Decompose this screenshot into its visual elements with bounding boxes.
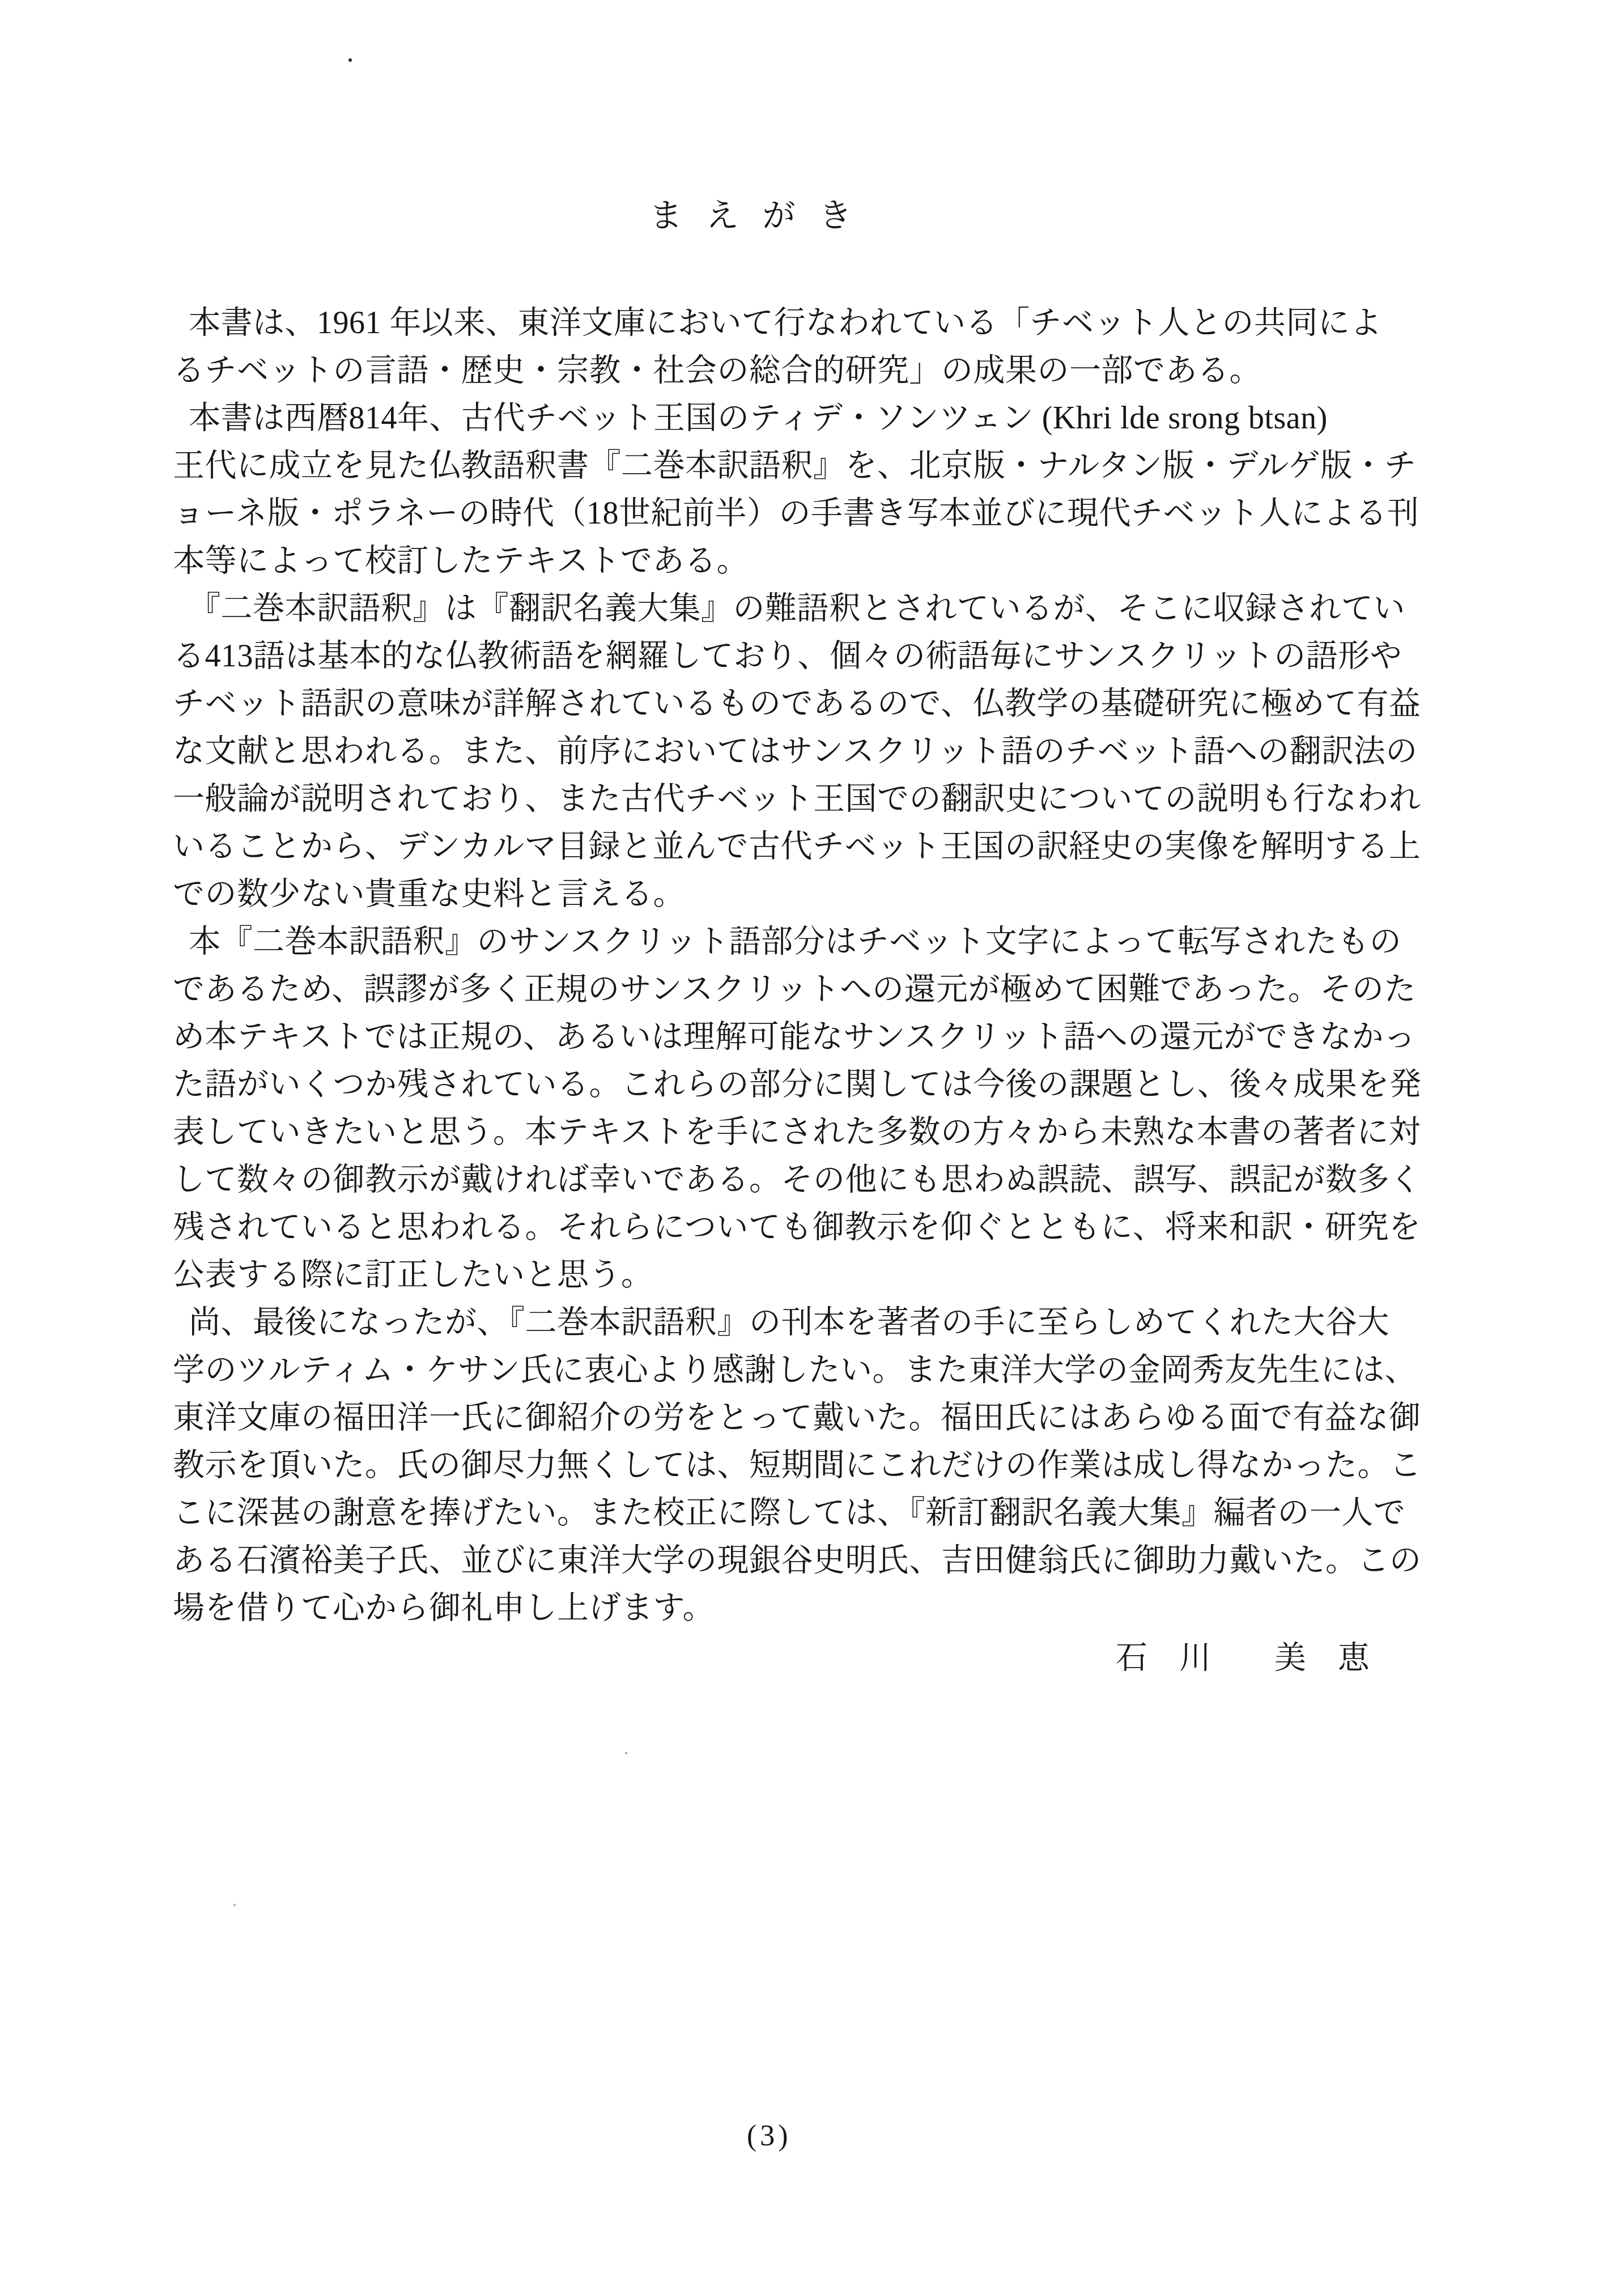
- text-line: 残されていると思われる。それらについても御教示を仰ぐとともに、将来和訳・研究を: [173, 1204, 1453, 1251]
- text-line: 学のツルティム・ケサン氏に衷心より感謝したい。また東洋大学の金岡秀友先生には、: [173, 1346, 1453, 1394]
- page-number: (3): [747, 2119, 792, 2153]
- text-line: 王代に成立を見た仏教語釈書『二巻本訳語釈』を、北京版・ナルタン版・デルゲ版・チ: [173, 442, 1453, 490]
- text-line: 東洋文庫の福田洋一氏に御紹介の労をとって戴いた。福田氏にはあらゆる面で有益な御: [173, 1394, 1453, 1442]
- scanned-preface-page: まえがき 本書は、1961 年以来、東洋文庫において行なわれている「チベット人と…: [0, 0, 1624, 2296]
- text-line: る413語は基本的な仏教術語を網羅しており、個々の術語毎にサンスクリットの語形や: [173, 632, 1453, 680]
- page-title: まえがき: [649, 199, 875, 232]
- text-line: 一般論が説明されており、また古代チベット王国での翻訳史についての説明も行なわれ: [173, 775, 1453, 823]
- text-line: 本書は西暦814年、古代チベット王国のティデ・ソンツェン (Khri lde s…: [173, 394, 1453, 442]
- text-line: た語がいくつか残されている。これらの部分に関しては今後の課題とし、後々成果を発: [173, 1061, 1453, 1108]
- preface-body: 本書は、1961 年以来、東洋文庫において行なわれている「チベット人との共同によ…: [173, 299, 1453, 1632]
- paragraph: 本書は西暦814年、古代チベット王国のティデ・ソンツェン (Khri lde s…: [173, 394, 1453, 585]
- text-line: ある石濱裕美子氏、並びに東洋大学の現銀谷史明氏、吉田健翁氏に御助力戴いた。この: [173, 1537, 1453, 1584]
- text-line: 公表する際に訂正したいと思う。: [173, 1251, 1453, 1299]
- text-line: るチベットの言語・歴史・宗教・社会の総合的研究」の成果の一部である。: [173, 347, 1453, 394]
- text-line: こに深甚の謝意を捧げたい。また校正に際しては、『新訂翻訳名義大集』編者の一人で: [173, 1489, 1453, 1537]
- text-line: 尚、最後になったが、『二巻本訳語釈』の刊本を著者の手に至らしめてくれた大谷大: [173, 1299, 1453, 1346]
- text-line: であるため、誤謬が多く正規のサンスクリットへの還元が極めて困難であった。そのた: [173, 966, 1453, 1013]
- text-line: め本テキストでは正規の、あるいは理解可能なサンスクリット語への還元ができなかっ: [173, 1013, 1453, 1061]
- text-line: ョーネ版・ポラネーの時代（18世紀前半）の手書き写本並びに現代チベット人による刊: [173, 490, 1453, 537]
- paragraph: 尚、最後になったが、『二巻本訳語釈』の刊本を著者の手に至らしめてくれた大谷大 学…: [173, 1299, 1453, 1632]
- text-line: 『二巻本訳語釈』は『翻訳名義大集』の難語釈とされているが、そこに収録されてい: [173, 585, 1453, 632]
- scan-speck: [233, 1904, 236, 1906]
- text-line: 本等によって校訂したテキストである。: [173, 537, 1453, 585]
- text-line: チベット語訳の意味が詳解されているものであるので、仏教学の基礎研究に極めて有益: [173, 680, 1453, 728]
- text-line: での数少ない貴重な史料と言える。: [173, 870, 1453, 918]
- text-line: 教示を頂いた。氏の御尽力無くしては、短期間にこれだけの作業は成し得なかった。こ: [173, 1442, 1453, 1489]
- scan-speck: [348, 58, 352, 62]
- paragraph: 本書は、1961 年以来、東洋文庫において行なわれている「チベット人との共同によ…: [173, 299, 1453, 394]
- text-line: 場を借りて心から御礼申し上げます。: [173, 1584, 1453, 1632]
- text-line: 本『二巻本訳語釈』のサンスクリット語部分はチベット文字によって転写されたもの: [173, 918, 1453, 966]
- paragraph: 『二巻本訳語釈』は『翻訳名義大集』の難語釈とされているが、そこに収録されてい る…: [173, 585, 1453, 918]
- text-line: 本書は、1961 年以来、東洋文庫において行なわれている「チベット人との共同によ: [173, 299, 1453, 347]
- text-line: な文献と思われる。また、前序においてはサンスクリット語のチベット語への翻訳法の: [173, 728, 1453, 775]
- text-line: 表していきたいと思う。本テキストを手にされた多数の方々から未熟な本書の著者に対: [173, 1108, 1453, 1156]
- text-line: して数々の御教示が戴ければ幸いである。その他にも思わぬ誤読、誤写、誤記が数多く: [173, 1156, 1453, 1204]
- text-line: いることから、デンカルマ目録と並んで古代チベット王国の訳経史の実像を解明する上: [173, 823, 1453, 870]
- scan-speck: [625, 1752, 627, 1754]
- paragraph: 本『二巻本訳語釈』のサンスクリット語部分はチベット文字によって転写されたもの で…: [173, 918, 1453, 1299]
- author-signature: 石 川 美 恵: [173, 1634, 1370, 1682]
